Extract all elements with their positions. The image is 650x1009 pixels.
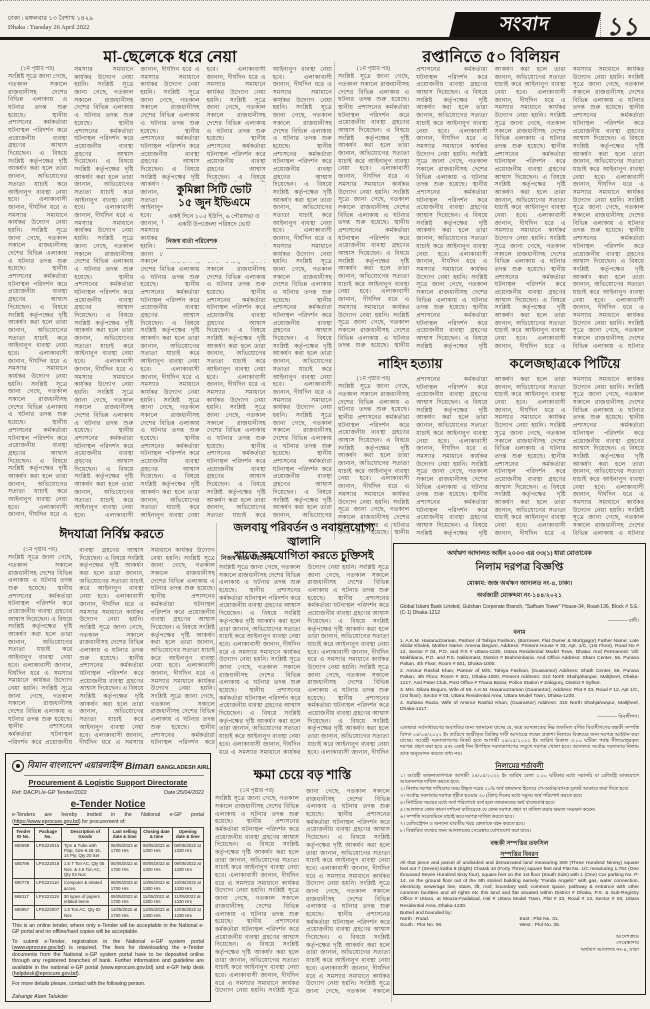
schedule-title: বন্ধকী সম্পত্তির তফসিল	[400, 838, 639, 849]
biman-ref: Ref: DACPL/e-GP Tender/2022	[12, 790, 87, 796]
body-text: সংশ্লিষ্ট সূত্রে জানা গেছে, গতকাল সকালে …	[338, 376, 644, 537]
body-text: সংশ্লিষ্ট সূত্রে জানা গেছে, গতকাল সকালে …	[8, 547, 215, 746]
continuation-note: (১ম পৃষ্ঠার পর)	[338, 376, 409, 383]
headline-eid-journey: ঈদযাত্রা নির্বিঘ্ন করতে	[8, 526, 215, 546]
tender-note-1: This is an online tender, where only e-T…	[12, 923, 204, 936]
boundary-block: Butted and bounded by: North : Road. Eas…	[400, 911, 639, 930]
biman-logo-icon	[12, 760, 24, 772]
biman-wordmark-sub: BANGLADESH AIRLINES	[157, 765, 211, 771]
conditions-title: নিলামের শর্তাবলী	[400, 760, 639, 772]
biman-date: Date:25/04/2022	[164, 790, 204, 796]
biman-ref-row: Ref: DACPL/e-GP Tender/2022 Date:25/04/2…	[12, 790, 204, 796]
body-text: সংশ্লিষ্ট সূত্রে জানা গেছে, গতকাল সকালে …	[215, 788, 390, 995]
continuation-note: (১ম পৃষ্ঠার পর)	[215, 788, 299, 795]
newspaper-page: ঢাকা : মঙ্গলবার ১৩ বৈশাখ ১৪২৯ Dhaka : Tu…	[0, 0, 650, 1009]
headline-nahid: নাহিদ হত্যায়	[338, 355, 483, 376]
header-rule	[0, 37, 650, 40]
eprocure-link[interactable]: https://www.eprocure.gov.bd	[14, 819, 79, 825]
sign-line1: আদেশক্রমে	[400, 934, 639, 941]
auction-court: মোকাম: জজ অর্থঋণ আদালত নং-৪, ঢাকা।	[400, 578, 639, 589]
continuation-note: (১ম পৃষ্ঠার পর)	[8, 547, 72, 554]
article-body-roptani: (১ম পৃষ্ঠার পর) সংশ্লিষ্ট সূত্রে জানা গে…	[338, 66, 644, 352]
biman-brand-english: Biman BANGLADESH AIRLINES	[125, 761, 211, 772]
boundary-west: West : Plot No. 35.	[520, 923, 640, 929]
biman-tagline-rule	[24, 775, 204, 776]
etender-notice-title: e-Tender Notice	[12, 799, 204, 810]
eprocure-link-2[interactable]: www.eprocure.gov.bd	[14, 945, 64, 951]
article-body-khoma: (১ম পৃষ্ঠার পর) সংশ্লিষ্ট সূত্রে জানা গে…	[215, 788, 390, 1002]
signatory-name: Zahangir Alam Talukder	[12, 994, 91, 1001]
body-text: সংশ্লিষ্ট সূত্রে জানা গেছে, গতকাল সকালে …	[8, 66, 332, 519]
boundary-south: South : Plot No. 08.	[400, 923, 520, 929]
continuation-note: (১ম পৃষ্ঠার পর)	[8, 66, 67, 73]
sign-line3: অর্থঋণ আদালত নং-৪, ঢাকা	[400, 947, 639, 954]
auction-case-no: অর্থজারী মোকদ্দমা নং-১৪৪/২০২১	[400, 590, 639, 601]
tender-note-3: For more details please, contact with th…	[12, 981, 204, 988]
ad-code: C-0703 (5x3)	[163, 1001, 204, 1002]
helpdesk-link[interactable]: helpdesk@eprocure.gov.bd	[14, 971, 77, 977]
article-body-eid: (১ম পৃষ্ঠার পর) সংশ্লিষ্ট সূত্রে জানা গে…	[8, 547, 215, 749]
etender-intro: e-Tenders are hereby invited in the Nati…	[12, 812, 204, 825]
intro-text: ) for procurement of:	[79, 819, 126, 825]
note-text: ).	[77, 971, 80, 977]
defendants-tag: ------------ বিবাদীগণ।	[400, 714, 639, 722]
body-text: সংশ্লিষ্ট সূত্রে জানা গেছে, গতকাল সকালে …	[338, 66, 644, 350]
biman-directorate: Procurement & Logistic Support Directora…	[12, 778, 204, 787]
auction-law-line: অর্থঋণ আদালত আইন ২০০৩ এর ৩৩(১) ধারা মোতা…	[400, 548, 639, 559]
masthead-logo: সংবাদ	[449, 12, 602, 39]
cumilla-subhead: একই দিনে ১০৫ ইউপি, ৬ পৌরসভা ও একটি উপজেল…	[166, 213, 262, 229]
auction-title: নিলাম দরপত্র বিজ্ঞপ্তি	[400, 560, 639, 577]
tender-table: Tender ID No.Package No.Description of G…	[12, 827, 204, 920]
inset-cumilla-city-vote: কুমিল্লা সিটি ভোট ১৫ জুন ইভিএমে একই দিনে…	[163, 182, 265, 262]
cumilla-headline-line2: ১৫ জুন ইভিএমে	[166, 197, 262, 210]
continuation-note: (১ম পৃষ্ঠার পর)	[338, 66, 409, 73]
biman-tender-box: বিমান বাংলাদেশ এয়ারলাইন্স Biman BANGLAD…	[5, 753, 211, 1002]
tender-note-2: To submit e-Tender, registration in the …	[12, 939, 204, 978]
biman-logo-row: বিমান বাংলাদেশ এয়ারলাইন্স Biman BANGLAD…	[12, 759, 204, 773]
climate-byline: নিজস্ব বার্তা পরিবেশক	[221, 553, 341, 564]
page-number-separator	[600, 12, 601, 39]
property-description: All that piece and parcel of undivided a…	[400, 861, 639, 910]
dateline-block: ঢাকা : মঙ্গলবার ১৩ বৈশাখ ১৪২৯ Dhaka : Tu…	[8, 15, 93, 33]
column-rule	[216, 523, 217, 749]
court-signature: আদেশক্রমে সেরেস্তাদার অর্থঋণ আদালত নং-৪,…	[400, 934, 639, 954]
headline-khoma: ক্ষমা চেয়ে বড় শাস্তি	[215, 766, 390, 787]
column-rule	[391, 523, 392, 1002]
signatory-title: Assistant Manager (Procurement)	[12, 1001, 91, 1002]
headline-college-student: কলেজছাত্রকে পিটিয়ে	[485, 355, 645, 376]
biman-brand-bangla: বিমান বাংলাদেশ এয়ারলাইন্স	[27, 759, 122, 773]
article-body-climate: সংশ্লিষ্ট সূত্রে জানা গেছে, গতকাল সকালে …	[219, 564, 389, 762]
auction-notice-para: এতদ্বারা সর্বসাধারণের অবগতির জন্য জানানো…	[400, 725, 639, 757]
column-rule	[334, 62, 335, 540]
biman-wordmark: Biman	[125, 761, 154, 772]
conditions-list: ১। আগ্রহী ডাকদাতাগণকে আগামী ২৪/০৫/২০২২ ই…	[400, 774, 639, 835]
schedule-subtitle: সম্পত্তির বিবরণ	[400, 849, 639, 860]
cumilla-byline: নিজস্ব বার্তা পরিবেশক	[166, 236, 217, 249]
plaintiff-block: Global Islami Bank Limited, Gulshan Corp…	[400, 604, 639, 617]
date-english: Dhaka : Tuesday 26 April 2022	[8, 24, 93, 33]
body-text: সংশ্লিষ্ট সূত্রে জানা গেছে, গতকাল সকালে …	[219, 564, 389, 756]
tender-signature-row: Zahangir Alam Talukder Assistant Manager…	[12, 994, 204, 1002]
defendant-list: 1. A.K.M. Hasanuzzaman, Partner of Tahiy…	[400, 639, 639, 714]
article-body-nahid-college: (১ম পৃষ্ঠার পর) সংশ্লিষ্ট সূত্রে জানা গে…	[338, 376, 644, 540]
auction-notice-box: অর্থঋণ আদালত আইন ২০০৩ এর ৩৩(১) ধারা মোতা…	[393, 543, 646, 995]
cumilla-headline-line1: কুমিল্লা সিটি ভোট	[166, 184, 262, 197]
article-body-ma-chele: (১ম পৃষ্ঠার পর) সংশ্লিষ্ট সূত্রে জানা গে…	[8, 66, 332, 522]
plaintiff-tag: ------------ বাদী।	[400, 618, 639, 626]
signatory: Zahangir Alam Talukder Assistant Manager…	[12, 994, 91, 1002]
versus-label: বনাম	[400, 627, 639, 638]
header-dotted-rule	[0, 0, 650, 1]
climate-headline-line1: জলবায়ু পরিবর্তন ও নবায়নযোগ্য জ্বালানি	[219, 522, 389, 550]
date-bangla: ঢাকা : মঙ্গলবার ১৩ বৈশাখ ১৪২৯	[8, 15, 93, 24]
